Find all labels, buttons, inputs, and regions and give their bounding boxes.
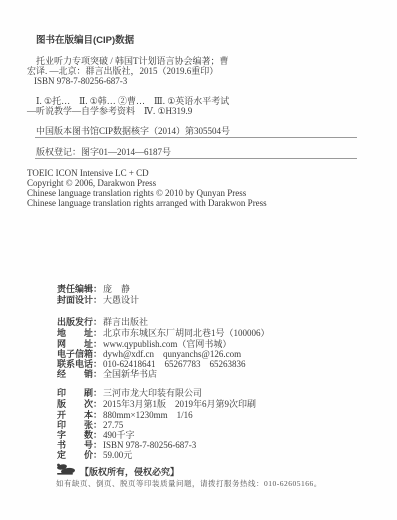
field-label: 印 刷： — [57, 388, 102, 398]
english-copyright-line: Chinese language translation rights arra… — [27, 198, 267, 208]
field-label: 出版发行： — [57, 317, 102, 327]
printing-row: 版 次：2015年3月第1版 2019年6月第9次印刷 — [57, 399, 256, 409]
rights-reserved-notice: 【版权所有，侵权必究】 — [80, 467, 179, 477]
publisher-row: 经 销：全国新华书店 — [57, 369, 157, 379]
cip-isbn-line: ISBN 978-7-80256-687-3 — [34, 76, 127, 86]
field-label: 定 价： — [57, 450, 102, 460]
field-value: www.qypublish.com（官网书城） — [103, 339, 231, 349]
field-label: 封面设计： — [57, 295, 102, 305]
cip-record-line: 托业听力专项突破 / 韩国T计划语言协会编著；曹 — [36, 56, 229, 66]
printing-row: 字 数：490千字 — [57, 430, 135, 440]
field-value: 010-62418641 65267783 65263836 — [103, 359, 246, 369]
field-value: 大愚设计 — [103, 295, 139, 305]
printing-row: 印 刷：三河市龙大印装有限公司 — [57, 388, 202, 398]
divider-rule — [35, 158, 357, 159]
field-value: 三河市龙大印装有限公司 — [103, 388, 202, 398]
field-label: 字 数： — [57, 430, 102, 440]
english-copyright-line: TOEIC ICON Intensive LC + CD — [27, 168, 149, 178]
field-value: 全国新华书店 — [103, 369, 157, 379]
field-label: 印 张： — [57, 420, 102, 430]
english-copyright-line: Copyright © 2006, Darakwon Press — [27, 178, 156, 188]
publisher-row: 电子信箱：dywh@xdf.cn qunyanchs@126.com — [57, 349, 241, 359]
field-value: 490千字 — [103, 430, 135, 440]
field-value: 59.00元 — [103, 450, 132, 460]
field-value: dywh@xdf.cn qunyanchs@126.com — [103, 349, 241, 359]
field-label: 书 号： — [57, 440, 102, 450]
field-value: 27.75 — [103, 420, 123, 430]
staff-row: 责任编辑：庞 静 — [57, 284, 130, 294]
copyright-license-line: 版权登记：图字01—2014—6187号 — [36, 147, 171, 157]
cip-record-line: 宏译. —北京：群言出版社，2015（2019.6重印） — [27, 66, 218, 76]
printing-row: 定 价：59.00元 — [57, 450, 132, 460]
field-label: 责任编辑： — [57, 284, 102, 294]
publisher-row: 出版发行：群言出版社 — [57, 317, 148, 327]
field-label: 电子信箱： — [57, 349, 102, 359]
cip-classification-line: Ⅰ. ①托… Ⅱ. ①韩… ②曹… Ⅲ. ①英语水平考试 — [36, 96, 229, 106]
cip-registry-line: 中国版本图书馆CIP数据核字（2014）第305504号 — [36, 126, 230, 136]
printing-row: 印 张：27.75 — [57, 420, 123, 430]
printing-row: 书 号：ISBN 978-7-80256-687-3 — [57, 440, 196, 450]
english-copyright-line: Chinese language translation rights © 20… — [27, 188, 246, 198]
field-value: 庞 静 — [103, 284, 130, 294]
field-value: 2015年3月第1版 2019年6月第9次印刷 — [103, 399, 256, 409]
field-label: 开 本： — [57, 410, 102, 420]
publisher-row: 联系电话：010-62418641 65267783 65263836 — [57, 359, 246, 369]
field-label: 经 销： — [57, 369, 102, 379]
book-copyright-page: 图书在版编目(CIP)数据 托业听力专项突破 / 韩国T计划语言协会编著；曹 宏… — [0, 0, 397, 520]
publisher-row: 网 址：www.qypublish.com（官网书城） — [57, 339, 231, 349]
cip-classification-line: —听说教学—自学参考资料 Ⅳ. ①H319.9 — [27, 106, 192, 116]
field-label: 版 次： — [57, 399, 102, 409]
field-label: 网 址： — [57, 339, 102, 349]
field-label: 联系电话： — [57, 359, 102, 369]
staff-row: 封面设计：大愚设计 — [57, 295, 139, 305]
printing-row: 开 本：880mm×1230mm 1/16 — [57, 410, 193, 420]
cip-heading: 图书在版编目(CIP)数据 — [36, 36, 134, 46]
field-value: 群言出版社 — [103, 317, 148, 327]
service-hotline-notice: 如有缺页、倒页、脱页等印装质量问题，请拨打服务热线：010-62605166。 — [56, 479, 322, 489]
field-value: 北京市东城区东厂胡同北巷1号（100006） — [103, 328, 270, 338]
field-value: 880mm×1230mm 1/16 — [103, 410, 193, 420]
field-value: ISBN 978-7-80256-687-3 — [103, 440, 196, 450]
field-label: 地 址： — [57, 328, 102, 338]
divider-rule — [35, 137, 357, 138]
publisher-row: 地 址：北京市东城区东厂胡同北巷1号（100006） — [57, 328, 270, 338]
